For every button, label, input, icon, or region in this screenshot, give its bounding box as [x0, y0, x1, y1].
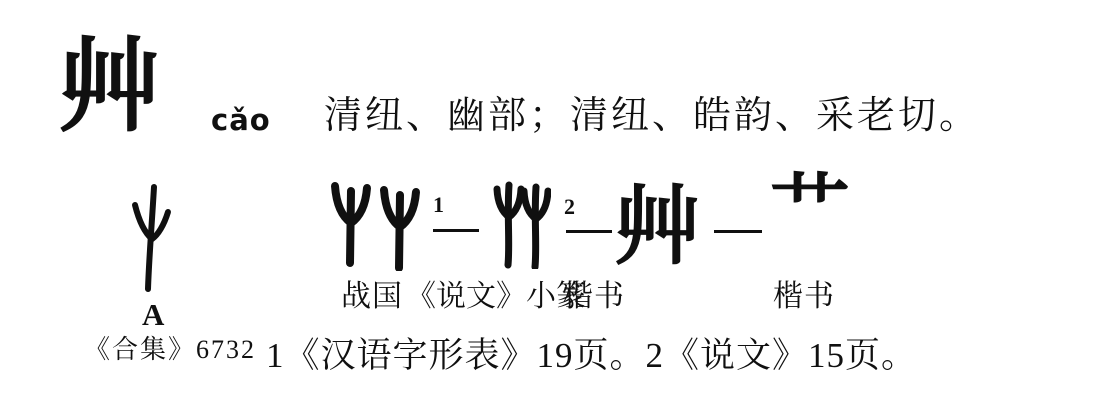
kaishu-char: 艸: [614, 184, 700, 270]
oracle-bone-glyph-icon: [128, 182, 176, 298]
script-label-kaishu-1: 楷书: [563, 282, 625, 312]
dictionary-entry-page: 艸 cǎo 清纽、幽部；清纽、皓韵、采老切。 A 《合集》6732 1: [0, 0, 1107, 409]
footnote-ref-2: 2: [564, 196, 575, 218]
pinyin: cǎo: [211, 106, 271, 135]
footnote-ref-1: 1: [433, 194, 444, 216]
grass-radical-char: 艹: [770, 173, 850, 253]
separator-dash: [714, 230, 762, 233]
separator-dash: [433, 229, 479, 232]
phonology-line: 清纽、幽部；清纽、皓韵、采老切。: [324, 97, 980, 135]
script-label-zhanguo: 战国: [341, 282, 403, 312]
headword-char: 艸: [58, 38, 160, 140]
seal-script-glyph-icon: [493, 181, 551, 273]
oracle-source-citation: 《合集》6732: [84, 337, 256, 363]
script-label-shuowen-seal: 《说文》小篆: [406, 282, 586, 312]
zhanguo-glyph-icon: [329, 181, 424, 275]
separator-dash: [566, 230, 612, 233]
script-label-kaishu-2: 楷书: [773, 282, 835, 312]
footnotes-line: 1《汉语字形表》19页。2《说文》15页。: [266, 338, 917, 373]
oracle-variant-label: A: [142, 299, 165, 330]
